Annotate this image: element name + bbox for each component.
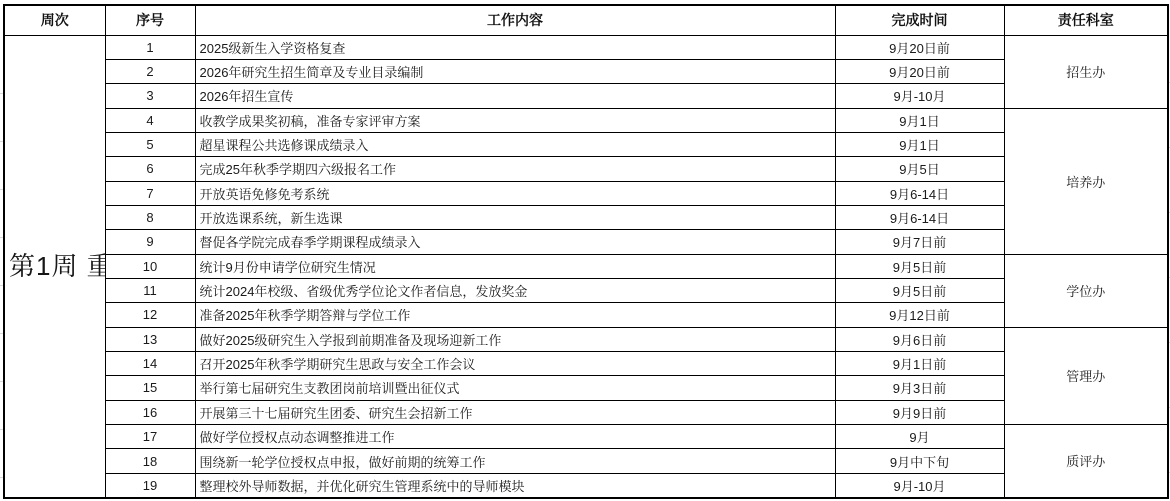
- week-cell: 第1周 重点工 作安排: [4, 35, 105, 498]
- work-content-cell: 督促各学院完成春季学期课程成绩录入: [195, 230, 835, 254]
- row-number-cell: 6: [105, 157, 195, 181]
- table-row: 12准备2025年秋季学期答辩与学位工作9月12日前: [4, 303, 1168, 327]
- table-row: 14召开2025年秋季学期研究生思政与安全工作会议9月1日前: [4, 351, 1168, 375]
- work-content-cell: 召开2025年秋季学期研究生思政与安全工作会议: [195, 351, 835, 375]
- table-row: 22026年研究生招生简章及专业目录编制9月20日前: [4, 59, 1168, 83]
- table-row: 15举行第七届研究生支教团岗前培训暨出征仪式9月3日前: [4, 376, 1168, 400]
- row-number-cell: 18: [105, 449, 195, 473]
- department-cell: 培养办: [1004, 108, 1168, 254]
- table-row: 17做好学位授权点动态调整推进工作9月质评办: [4, 425, 1168, 449]
- deadline-cell: 9月3日前: [835, 376, 1004, 400]
- row-number-cell: 10: [105, 254, 195, 278]
- department-cell: 管理办: [1004, 327, 1168, 424]
- deadline-cell: 9月6-14日: [835, 205, 1004, 229]
- header-deadline: 完成时间: [835, 5, 1004, 35]
- deadline-cell: 9月5日: [835, 157, 1004, 181]
- row-number-cell: 8: [105, 205, 195, 229]
- deadline-cell: 9月12日前: [835, 303, 1004, 327]
- row-number-cell: 5: [105, 132, 195, 156]
- deadline-cell: 9月5日前: [835, 254, 1004, 278]
- table-row: 6完成25年秋季学期四六级报名工作9月5日: [4, 157, 1168, 181]
- deadline-cell: 9月20日前: [835, 59, 1004, 83]
- work-content-cell: 2026年招生宣传: [195, 84, 835, 108]
- deadline-cell: 9月7日前: [835, 230, 1004, 254]
- deadline-cell: 9月9日前: [835, 400, 1004, 424]
- work-content-cell: 超星课程公共选修课成绩录入: [195, 132, 835, 156]
- department-cell: 质评办: [1004, 425, 1168, 498]
- work-content-cell: 统计2024年校级、省级优秀学位论文作者信息，发放奖金: [195, 278, 835, 302]
- header-content: 工作内容: [195, 5, 835, 35]
- table-row: 5超星课程公共选修课成绩录入9月1日: [4, 132, 1168, 156]
- deadline-cell: 9月5日前: [835, 278, 1004, 302]
- table-row: 8开放选课系统，新生选课9月6-14日: [4, 205, 1168, 229]
- header-week: 周次: [4, 5, 105, 35]
- table-row: 16开展第三十七届研究生团委、研究生会招新工作9月9日前: [4, 400, 1168, 424]
- table-body: 第1周 重点工 作安排12025级新生入学资格复查9月20日前招生办22026年…: [4, 35, 1168, 498]
- table-row: 9督促各学院完成春季学期课程成绩录入9月7日前: [4, 230, 1168, 254]
- row-number-cell: 7: [105, 181, 195, 205]
- work-content-cell: 整理校外导师数据，并优化研究生管理系统中的导师模块: [195, 473, 835, 497]
- work-content-cell: 准备2025年秋季学期答辩与学位工作: [195, 303, 835, 327]
- table-row: 32026年招生宣传9月-10月: [4, 84, 1168, 108]
- table-row: 4收教学成果奖初稿，准备专家评审方案9月1日培养办: [4, 108, 1168, 132]
- department-cell: 学位办: [1004, 254, 1168, 327]
- deadline-cell: 9月6-14日: [835, 181, 1004, 205]
- work-content-cell: 收教学成果奖初稿，准备专家评审方案: [195, 108, 835, 132]
- work-content-cell: 围绕新一轮学位授权点申报，做好前期的统筹工作: [195, 449, 835, 473]
- work-content-cell: 2026年研究生招生简章及专业目录编制: [195, 59, 835, 83]
- work-content-cell: 开放选课系统，新生选课: [195, 205, 835, 229]
- deadline-cell: 9月-10月: [835, 473, 1004, 497]
- work-content-cell: 做好学位授权点动态调整推进工作: [195, 425, 835, 449]
- row-number-cell: 2: [105, 59, 195, 83]
- work-content-cell: 举行第七届研究生支教团岗前培训暨出征仪式: [195, 376, 835, 400]
- work-content-cell: 开放英语免修免考系统: [195, 181, 835, 205]
- schedule-sheet: 周次 序号 工作内容 完成时间 责任科室 第1周 重点工 作安排12025级新生…: [0, 0, 1170, 501]
- weekly-work-table: 周次 序号 工作内容 完成时间 责任科室 第1周 重点工 作安排12025级新生…: [3, 4, 1169, 499]
- row-number-cell: 9: [105, 230, 195, 254]
- row-number-cell: 15: [105, 376, 195, 400]
- department-cell: 招生办: [1004, 35, 1168, 108]
- row-number-cell: 19: [105, 473, 195, 497]
- header-row: 周次 序号 工作内容 完成时间 责任科室: [4, 5, 1168, 35]
- table-row: 11统计2024年校级、省级优秀学位论文作者信息，发放奖金9月5日前: [4, 278, 1168, 302]
- deadline-cell: 9月1日: [835, 108, 1004, 132]
- row-number-cell: 1: [105, 35, 195, 59]
- header-number: 序号: [105, 5, 195, 35]
- deadline-cell: 9月: [835, 425, 1004, 449]
- table-row: 7开放英语免修免考系统9月6-14日: [4, 181, 1168, 205]
- row-number-cell: 12: [105, 303, 195, 327]
- work-content-cell: 开展第三十七届研究生团委、研究生会招新工作: [195, 400, 835, 424]
- deadline-cell: 9月1日前: [835, 351, 1004, 375]
- deadline-cell: 9月中下旬: [835, 449, 1004, 473]
- table-row: 13做好2025级研究生入学报到前期准备及现场迎新工作9月6日前管理办: [4, 327, 1168, 351]
- row-number-cell: 16: [105, 400, 195, 424]
- table-header: 周次 序号 工作内容 完成时间 责任科室: [4, 5, 1168, 35]
- deadline-cell: 9月6日前: [835, 327, 1004, 351]
- work-content-cell: 完成25年秋季学期四六级报名工作: [195, 157, 835, 181]
- row-number-cell: 17: [105, 425, 195, 449]
- deadline-cell: 9月20日前: [835, 35, 1004, 59]
- deadline-cell: 9月1日: [835, 132, 1004, 156]
- work-content-cell: 做好2025级研究生入学报到前期准备及现场迎新工作: [195, 327, 835, 351]
- row-number-cell: 14: [105, 351, 195, 375]
- table-row: 18围绕新一轮学位授权点申报，做好前期的统筹工作9月中下旬: [4, 449, 1168, 473]
- row-number-cell: 4: [105, 108, 195, 132]
- table-row: 第1周 重点工 作安排12025级新生入学资格复查9月20日前招生办: [4, 35, 1168, 59]
- work-content-cell: 统计9月份申请学位研究生情况: [195, 254, 835, 278]
- deadline-cell: 9月-10月: [835, 84, 1004, 108]
- row-number-cell: 13: [105, 327, 195, 351]
- table-row: 10统计9月份申请学位研究生情况9月5日前学位办: [4, 254, 1168, 278]
- work-content-cell: 2025级新生入学资格复查: [195, 35, 835, 59]
- row-number-cell: 3: [105, 84, 195, 108]
- row-number-cell: 11: [105, 278, 195, 302]
- table-row: 19整理校外导师数据，并优化研究生管理系统中的导师模块9月-10月: [4, 473, 1168, 497]
- header-department: 责任科室: [1004, 5, 1168, 35]
